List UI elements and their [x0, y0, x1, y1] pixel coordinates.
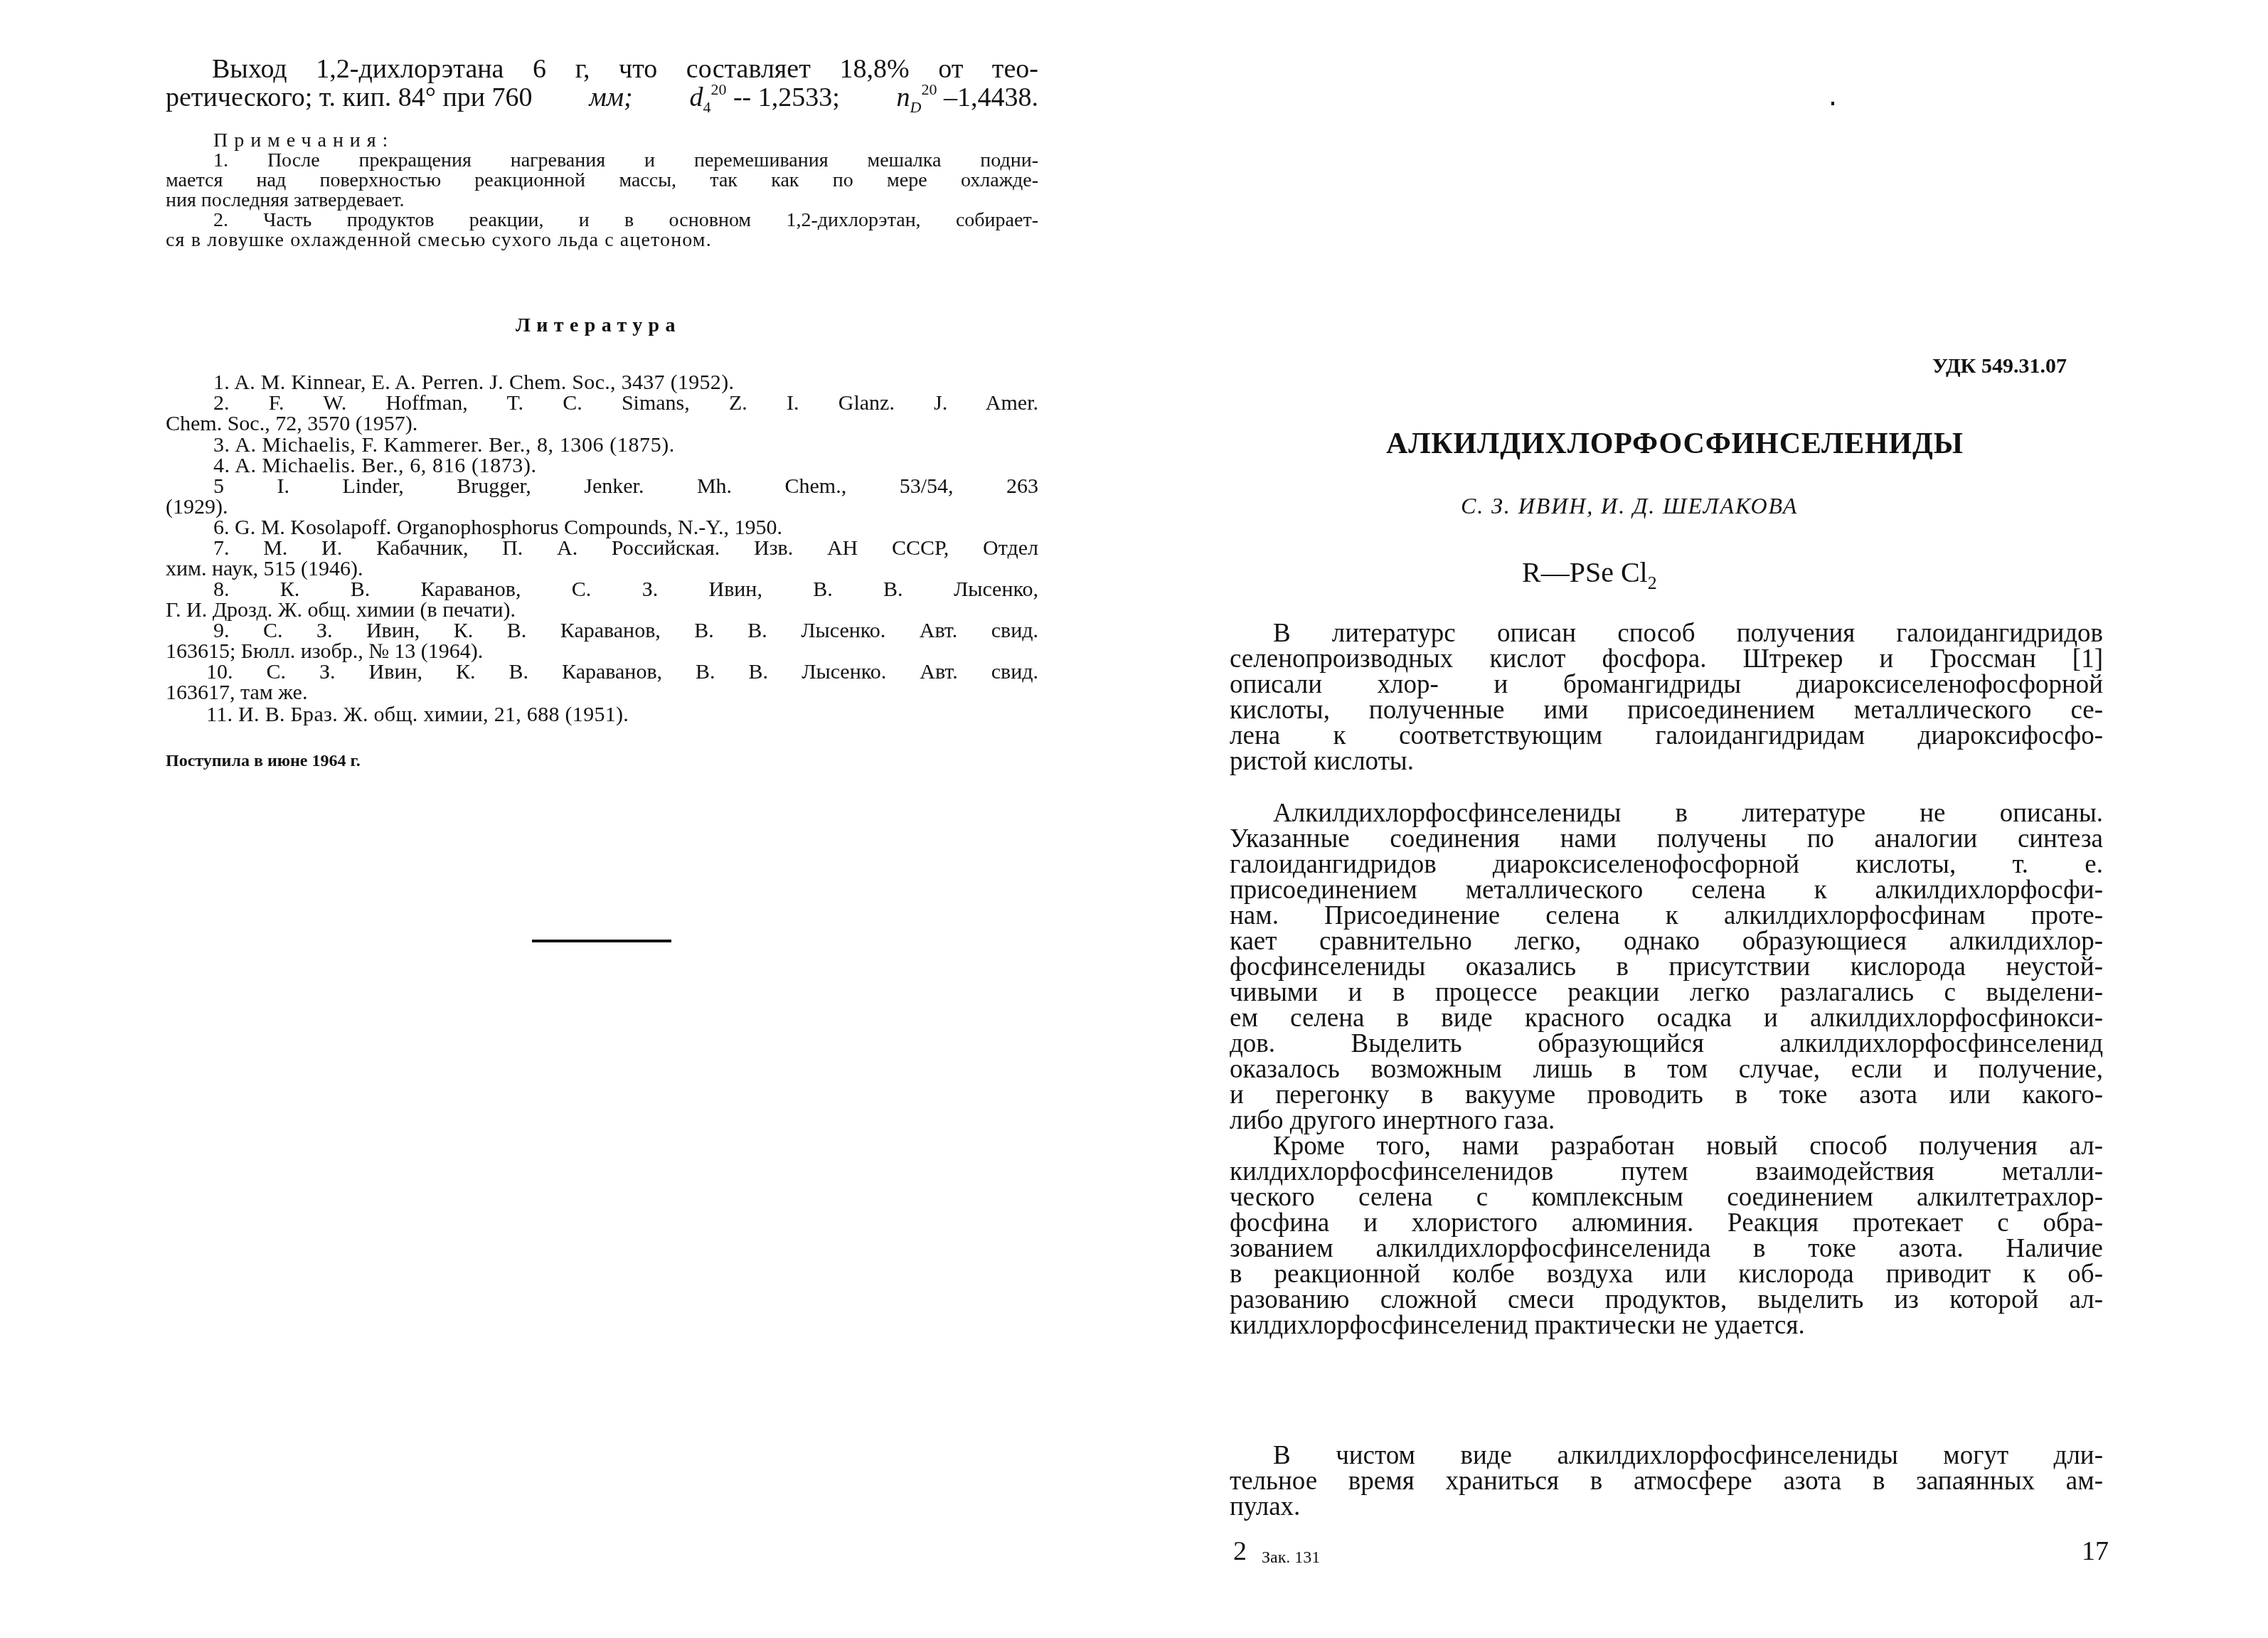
refractive-index-value: nD20 –1,4438. [897, 84, 1038, 111]
body-line: В литературс описан способ получения гал… [1273, 620, 2103, 647]
boiling-point-text: ретического; т. кип. 84° при 760 [166, 84, 533, 111]
body-line: оказалось возможным лишь в том случае, е… [1230, 1056, 2103, 1083]
note-line-3: ния последняя затвердевает. [166, 191, 405, 211]
right-page: УДК 549.31.07 АЛКИЛДИХЛОРФОСФИНСЕЛЕНИДЫ … [1134, 0, 2268, 1638]
body-line: Кроме того, нами разработан новый способ… [1273, 1133, 2103, 1159]
body-line: тельное время храниться в атмосфере азот… [1230, 1468, 2103, 1494]
body-line: пулах. [1230, 1494, 1300, 1520]
scan-speck [1831, 102, 1834, 105]
reference-7-line-1: 7. М. И. Кабачник, П. А. Российская. Изв… [213, 538, 1038, 559]
density-value: d420 -- 1,2533; [689, 84, 839, 111]
intro-line-1: Выход 1,2-дихлорэтана 6 г, что составляе… [212, 55, 1038, 83]
body-line: описали хлор- и бромангидриды диароксисе… [1230, 671, 2103, 698]
reference-11: 11. И. В. Браз. Ж. общ. химии, 21, 688 (… [206, 704, 629, 725]
body-line: чивыми и в процессе реакции легко разлаг… [1230, 979, 2103, 1006]
body-line: и перегонку в вакууме проводить в токе а… [1230, 1082, 2103, 1108]
received-date: Поступила в июне 1964 г. [166, 752, 361, 770]
body-line: В чистом виде алкилдихлорфосфинселениды … [1273, 1442, 2103, 1469]
reference-8-line-1: 8. К. В. Караванов, С. З. Ивин, В. В. Лы… [213, 579, 1038, 600]
intro-line-2: ретического; т. кип. 84° при 760 мм; d42… [166, 84, 1038, 111]
literature-heading: Литература [516, 316, 681, 336]
chemical-formula: R—PSe Cl2 [1522, 558, 1657, 587]
body-line: Указанные соединения нами получены по ан… [1230, 826, 2103, 852]
signature-mark: 2 [1233, 1538, 1247, 1565]
body-line: дов. Выделить образующийся алкилдихлорфо… [1230, 1031, 2103, 1057]
note-line-5: ся в ловушке охлажденной смесью сухого л… [166, 230, 712, 250]
note-line-2: мается над поверхностью реакционной масс… [166, 171, 1038, 191]
body-line: присоединением металлического селена к а… [1230, 877, 2103, 903]
reference-7-line-2: хим. наук, 515 (1946). [166, 558, 363, 580]
reference-5-line-2: (1929). [166, 496, 228, 518]
body-line: галоидангидридов диароксиселенофосфорной… [1230, 851, 2103, 878]
body-line: разованию сложной смеси продуктов, выдел… [1230, 1287, 2103, 1313]
reference-3: 3. A. Michaelis, F. Kammerer. Ber., 8, 1… [213, 435, 675, 456]
body-line: килдихлорфосфинселенидов путем взаимодей… [1230, 1159, 2103, 1185]
body-line: кает сравнительно легко, однако образующ… [1230, 928, 2103, 954]
body-line: лена к соответствующим галоидангидридам … [1230, 723, 2103, 749]
body-line: Алкилдихлорфосфинселениды в литературе н… [1273, 800, 2103, 826]
reference-9-line-2: 163615; Бюлл. изобр., № 13 (1964). [166, 641, 483, 662]
body-line: фосфинселениды оказались в присутствии к… [1230, 954, 2103, 980]
reference-5-line-1: 5 I. Linder, Brugger, Jenker. Mh. Chem.,… [213, 476, 1038, 497]
body-line: фосфина и хлористого алюминия. Реакция п… [1230, 1210, 2103, 1236]
body-line: ристой кислоты. [1230, 748, 1414, 775]
reference-1: 1. A. M. Kinnear, E. A. Perren. J. Chem.… [213, 372, 989, 393]
left-page: Выход 1,2-дихлорэтана 6 г, что составляе… [0, 0, 1134, 1638]
body-line: в реакционной колбе воздуха или кислород… [1230, 1261, 2103, 1287]
article-title: АЛКИЛДИХЛОРФОСФИНСЕЛЕНИДЫ [1386, 429, 1964, 459]
page-number: 17 [2082, 1538, 2109, 1565]
body-line: зованием алкилдихлорфосфинселенида в ток… [1230, 1235, 2103, 1262]
article-authors: С. З. ИВИН, И. Д. ШЕЛАКОВА [1461, 494, 1798, 517]
note-line-4: 2. Часть продуктов реакции, и в основном… [213, 211, 1038, 230]
body-line: ческого селена с комплексным соединением… [1230, 1184, 2103, 1211]
body-line: нам. Присоединение селена к алкилдихлорф… [1230, 903, 2103, 929]
reference-9-line-1: 9. С. З. Ивин, К. В. Караванов, В. В. Лы… [213, 620, 1038, 642]
reference-2-line-2: Chem. Soc., 72, 3570 (1957). [166, 413, 417, 435]
note-line-1: 1. После прекращения нагревания и переме… [213, 151, 1038, 171]
body-line: килдихлорфосфинселенид практически не уд… [1230, 1312, 1805, 1339]
unit-mm: мм; [589, 84, 632, 111]
notes-heading: Примечания: [213, 131, 394, 151]
reference-2-line-1: 2. F. W. Hoffman, T. C. Simans, Z. I. Gl… [213, 393, 1038, 414]
body-line: селенопроизводных кислот фосфора. Штреке… [1230, 646, 2103, 672]
print-order: Зак. 131 [1262, 1549, 1320, 1566]
body-line: кислоты, полученные ими присоединением м… [1230, 697, 2103, 723]
udk-code: УДК 549.31.07 [1932, 356, 2067, 377]
reference-10-line-1: 10. С. З. Ивин, К. В. Караванов, В. В. Л… [206, 661, 1038, 683]
reference-6: 6. G. M. Kosolapoff. Organophosphorus Co… [213, 517, 782, 538]
section-end-rule [532, 940, 671, 942]
body-line: либо другого инертного газа. [1230, 1107, 1555, 1134]
reference-8-line-2: Г. И. Дрозд. Ж. общ. химии (в печати). [166, 600, 516, 621]
body-line: ем селена в виде красного осадка и алкил… [1230, 1005, 2103, 1031]
reference-4: 4. A. Michaelis. Ber., 6, 816 (1873). [213, 455, 537, 477]
reference-10-line-2: 163617, там же. [166, 682, 307, 703]
